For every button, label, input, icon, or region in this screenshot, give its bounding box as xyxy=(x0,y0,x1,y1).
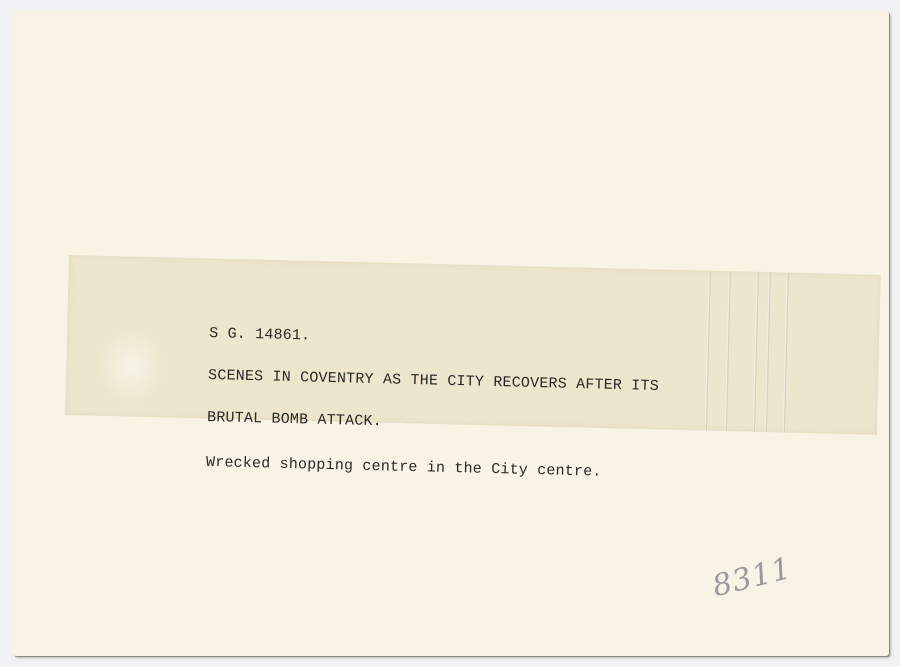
crease xyxy=(765,272,771,432)
crease xyxy=(705,271,711,431)
caption-headline-line2: BRUTAL BOMB ATTACK. xyxy=(207,411,658,436)
caption-headline-line1: SCENES IN COVENTRY AS THE CITY RECOVERS … xyxy=(208,369,659,394)
crease xyxy=(725,271,731,431)
caption-text: S G. 14861. SCENES IN COVENTRY AS THE CI… xyxy=(205,299,660,495)
crease xyxy=(753,272,759,432)
caption-description: Wrecked shopping centre in the City cent… xyxy=(206,456,657,481)
glue-crumple xyxy=(95,326,167,408)
crease xyxy=(783,273,789,433)
caption-reference: S G. 14861. xyxy=(209,327,660,352)
